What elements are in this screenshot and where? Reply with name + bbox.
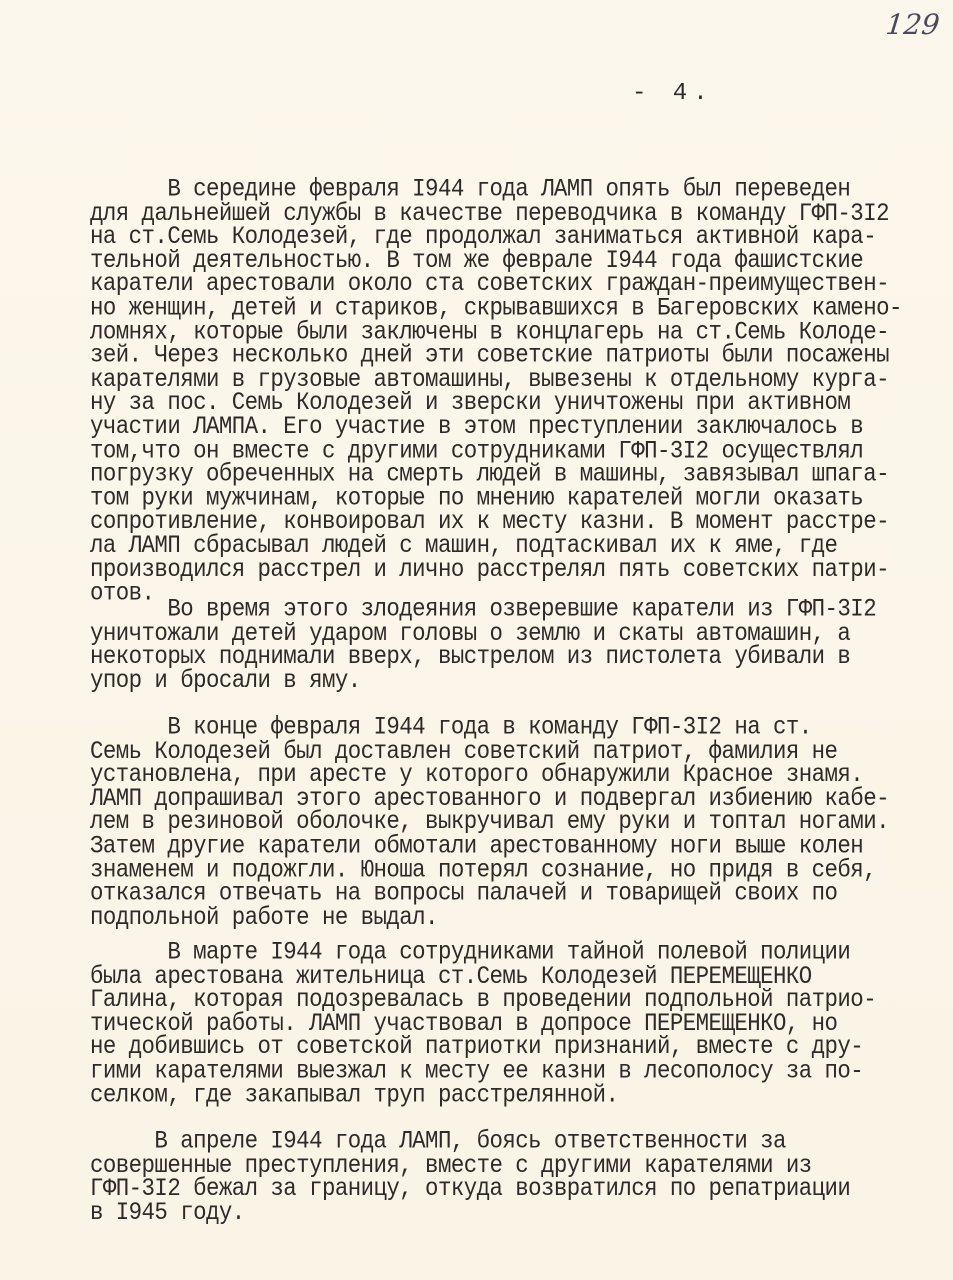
text-line: упор и бросали в яму. <box>90 669 940 693</box>
text-line: в I945 году. <box>90 1201 940 1225</box>
archive-sheet-number: 129 <box>884 8 941 41</box>
paragraph-march-arrest: В марте I944 года сотрудниками тайной по… <box>90 941 940 1107</box>
text-line: производился расстрел и лично расстрелял… <box>90 558 940 582</box>
document-page: 129 - 4. В середине февраля I944 года ЛА… <box>0 0 953 1280</box>
paragraph-end-february-patriot: В конце февраля I944 года в команду ГФП-… <box>90 716 940 930</box>
text-line: подпольной работе не выдал. <box>90 906 940 930</box>
text-line: селком, где закапывал труп расстрелянной… <box>90 1084 940 1108</box>
paragraph-atrocity-children: Во время этого злодеяния озверевшие кара… <box>90 598 940 693</box>
paragraph-february-transfer: В середине февраля I944 года ЛАМП опять … <box>90 178 940 606</box>
page-number: - 4. <box>632 80 714 107</box>
paragraph-april-escape: В апреле I944 года ЛАМП, боясь ответстве… <box>90 1130 940 1225</box>
